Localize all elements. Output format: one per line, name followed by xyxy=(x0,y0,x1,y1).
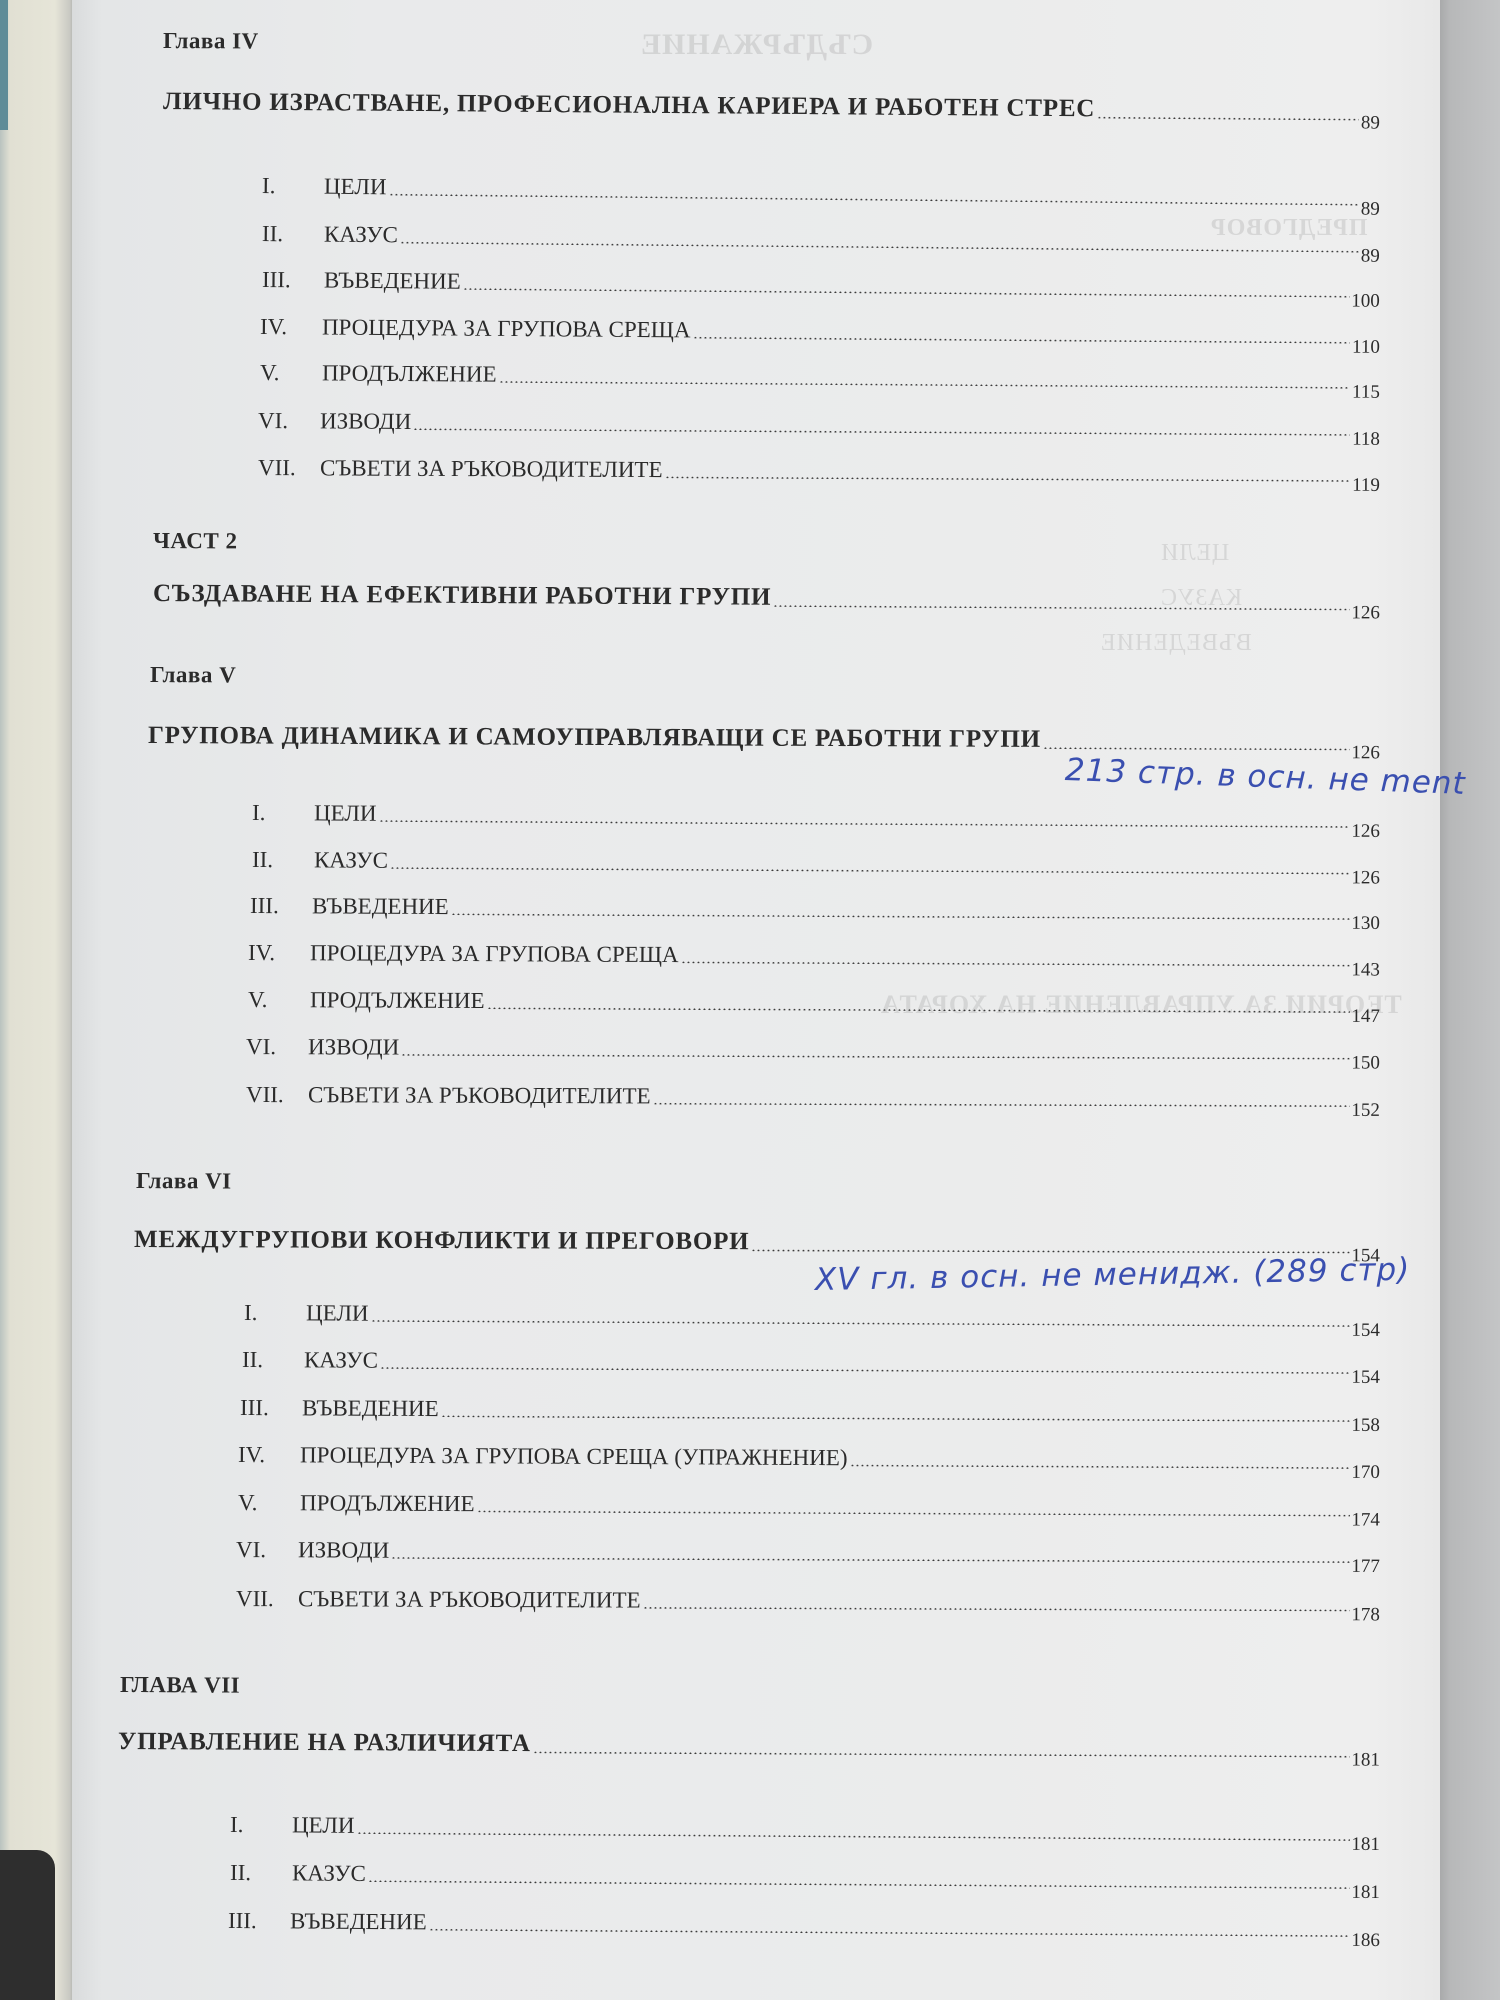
dot-leader xyxy=(391,1557,1349,1563)
dot-leader xyxy=(773,605,1349,611)
page-shadow xyxy=(1440,0,1500,2000)
dot-leader xyxy=(380,1367,1350,1374)
dot-leader xyxy=(1043,747,1350,750)
show-through-text: ЦЕЛИ xyxy=(1160,540,1229,567)
page-number: 170 xyxy=(1351,1462,1380,1484)
toc-entry[interactable]: VI.ИЗВОДИ150 xyxy=(246,1034,1380,1065)
entry-title: ГРУПОВА ДИНАМИКА И САМОУПРАВЛЯВАЩИ СЕ РА… xyxy=(148,722,1041,754)
dot-leader xyxy=(368,1880,1350,1889)
page-number: 154 xyxy=(1351,1320,1380,1342)
chapter-label-vi[interactable]: Глава VI xyxy=(136,1168,232,1195)
entry-title: ПРОЦЕДУРА ЗА ГРУПОВА СРЕЩА (УПРАЖНЕНИЕ) xyxy=(300,1442,848,1471)
page-number: 178 xyxy=(1351,1604,1380,1626)
page-number: 126 xyxy=(1351,602,1380,624)
page-number: 181 xyxy=(1351,1749,1380,1771)
entry-title: УПРАВЛЕНИЕ НА РАЗЛИЧИЯТА xyxy=(118,1728,531,1758)
section-number: III. xyxy=(240,1395,302,1421)
section-number: II. xyxy=(242,1347,304,1373)
chapter-label: ГЛАВА VII xyxy=(120,1672,240,1698)
section-number: VI. xyxy=(258,408,320,434)
page-number: 186 xyxy=(1351,1930,1380,1952)
dot-leader xyxy=(692,336,1350,343)
dot-leader xyxy=(643,1607,1350,1612)
entry-title: ЦЕЛИ xyxy=(306,1300,369,1326)
page-number: 126 xyxy=(1351,821,1380,843)
entry-title: ПРОДЪЛЖЕНИЕ xyxy=(300,1490,475,1517)
section-number: V. xyxy=(238,1490,300,1516)
entry-title: ВЪВЕДЕНИЕ xyxy=(290,1908,427,1935)
dark-object-corner xyxy=(0,1850,55,2000)
chapter-title-vi[interactable]: МЕЖДУГРУПОВИ КОНФЛИКТИ И ПРЕГОВОРИ154 xyxy=(134,1226,1380,1258)
section-number: VI. xyxy=(236,1537,298,1563)
toc-entry[interactable]: V.ПРОДЪЛЖЕНИЕ147 xyxy=(248,987,1380,1018)
entry-title: СЪВЕТИ ЗА РЪКОВОДИТЕЛИТЕ xyxy=(308,1082,651,1109)
page-number: 118 xyxy=(1352,429,1380,451)
dot-leader xyxy=(357,1832,1350,1841)
entry-title: КАЗУС xyxy=(292,1860,366,1887)
section-number: II. xyxy=(252,847,314,873)
chapter-label-v[interactable]: Глава V xyxy=(150,662,236,688)
toc-entry[interactable]: VII.СЪВЕТИ ЗА РЪКОВОДИТЕЛИТЕ152 xyxy=(246,1082,1380,1112)
dot-leader xyxy=(499,381,1351,389)
section-number: VII. xyxy=(246,1082,308,1108)
page-number: 89 xyxy=(1361,112,1380,134)
dot-leader xyxy=(665,476,1351,482)
section-number: VI. xyxy=(246,1034,308,1060)
chapter-label: ЧАСТ 2 xyxy=(153,528,238,553)
toc-entry[interactable]: IV.ПРОЦЕДУРА ЗА ГРУПОВА СРЕЩА143 xyxy=(248,940,1380,972)
dot-leader xyxy=(533,1751,1350,1757)
section-number: IV. xyxy=(238,1442,300,1468)
section-number: I. xyxy=(230,1812,292,1838)
section-number: V. xyxy=(260,360,322,386)
dot-leader xyxy=(849,1464,1349,1469)
entry-title: ЦЕЛИ xyxy=(314,800,377,826)
toc-entry[interactable]: V.ПРОДЪЛЖЕНИЕ174 xyxy=(238,1490,1380,1522)
show-through-text: СЪДЪРЖАНИЕ xyxy=(640,28,873,62)
section-number: I. xyxy=(262,173,324,200)
section-number: VII. xyxy=(236,1586,298,1612)
entry-title: ИЗВОДИ xyxy=(298,1537,389,1563)
entry-title: СЪВЕТИ ЗА РЪКОВОДИТЕЛИТЕ xyxy=(298,1586,641,1613)
toc-entry[interactable]: VI.ИЗВОДИ177 xyxy=(236,1537,1380,1568)
entry-title: ВЪВЕДЕНИЕ xyxy=(312,893,449,920)
entry-title: КАЗУС xyxy=(324,222,398,249)
toc-entry[interactable]: VII.СЪВЕТИ ЗА РЪКОВОДИТЕЛИТЕ178 xyxy=(236,1586,1380,1616)
entry-title: КАЗУС xyxy=(304,1347,378,1373)
dot-leader xyxy=(751,1249,1349,1253)
dot-leader xyxy=(653,1102,1350,1106)
page-number: 154 xyxy=(1351,1367,1380,1389)
section-number: I. xyxy=(244,1300,306,1326)
show-through-text: ВЪВЕДЕНИЕ xyxy=(1100,630,1252,657)
page-number: 130 xyxy=(1351,913,1380,935)
page-number: 126 xyxy=(1351,742,1380,764)
page-number: 158 xyxy=(1351,1415,1380,1437)
section-number: III. xyxy=(228,1908,290,1934)
section-number: III. xyxy=(250,893,312,919)
entry-title: ПРОДЪЛЖЕНИЕ xyxy=(322,360,497,387)
dot-leader xyxy=(477,1510,1350,1516)
page-number: 143 xyxy=(1351,959,1380,981)
section-number: II. xyxy=(230,1860,292,1886)
page-number: 100 xyxy=(1351,291,1380,313)
section-number: II. xyxy=(262,221,324,248)
dot-leader xyxy=(390,867,1350,875)
section-number: IV. xyxy=(248,940,310,966)
entry-title: ЦЕЛИ xyxy=(324,174,387,201)
dot-leader xyxy=(429,1928,1350,1936)
entry-title: СЪЗДАВАНЕ НА ЕФЕКТИВНИ РАБОТНИ ГРУПИ xyxy=(153,580,771,612)
dot-leader xyxy=(413,428,1350,436)
entry-title: ПРОДЪЛЖЕНИЕ xyxy=(310,987,485,1014)
page-number: 110 xyxy=(1352,337,1380,359)
section-number: V. xyxy=(248,987,310,1013)
dot-leader xyxy=(401,1054,1349,1060)
page-number: 89 xyxy=(1361,199,1380,221)
page-number: 119 xyxy=(1352,475,1380,497)
section-number: VII. xyxy=(258,455,320,481)
dot-leader xyxy=(379,820,1350,828)
chapter-label-vii[interactable]: ГЛАВА VII xyxy=(120,1672,240,1699)
page-number: 115 xyxy=(1352,382,1380,404)
dot-leader xyxy=(1097,116,1359,120)
chapter-label: Глава V xyxy=(150,662,236,687)
page-number: 89 xyxy=(1361,246,1380,268)
page-number: 177 xyxy=(1351,1556,1380,1578)
entry-title: ЦЕЛИ xyxy=(292,1812,355,1838)
part-label[interactable]: ЧАСТ 2 xyxy=(153,528,238,554)
entry-title: ИЗВОДИ xyxy=(320,408,411,435)
cover-teal-edge xyxy=(0,0,8,130)
entry-title: МЕЖДУГРУПОВИ КОНФЛИКТИ И ПРЕГОВОРИ xyxy=(134,1226,750,1256)
chapter-label-iv[interactable]: Глава IV xyxy=(163,28,259,55)
dot-leader xyxy=(681,961,1350,966)
chapter-title-v[interactable]: ГРУПОВА ДИНАМИКА И САМОУПРАВЛЯВАЩИ СЕ РА… xyxy=(148,722,1380,755)
entry-title: ПРОЦЕДУРА ЗА ГРУПОВА СРЕЩА xyxy=(322,314,691,343)
dot-leader xyxy=(441,1415,1350,1422)
entry-title: КАЗУС xyxy=(314,847,388,873)
dot-leader xyxy=(487,1007,1350,1013)
page-number: 150 xyxy=(1351,1052,1380,1074)
entry-title: СЪВЕТИ ЗА РЪКОВОДИТЕЛИТЕ xyxy=(320,455,663,483)
chapter-label: Глава IV xyxy=(163,28,259,54)
page-number: 126 xyxy=(1351,867,1380,889)
dot-leader xyxy=(371,1320,1350,1327)
book-cover-edge xyxy=(0,0,72,2000)
section-number: I. xyxy=(252,800,314,826)
page-number: 152 xyxy=(1351,1100,1380,1122)
section-number: IV. xyxy=(260,314,322,340)
page-number: 181 xyxy=(1351,1834,1380,1856)
entry-title: ПРОЦЕДУРА ЗА ГРУПОВА СРЕЩА xyxy=(310,940,679,968)
entry-title: ИЗВОДИ xyxy=(308,1034,399,1060)
chapter-label: Глава VI xyxy=(136,1168,232,1194)
page-number: 147 xyxy=(1351,1006,1380,1028)
section-number: III. xyxy=(262,267,324,294)
dot-leader xyxy=(451,913,1350,920)
entry-title: ВЪВЕДЕНИЕ xyxy=(302,1395,439,1422)
page-number: 181 xyxy=(1351,1882,1380,1904)
page-number: 174 xyxy=(1351,1509,1380,1531)
entry-title: ВЪВЕДЕНИЕ xyxy=(324,268,461,295)
